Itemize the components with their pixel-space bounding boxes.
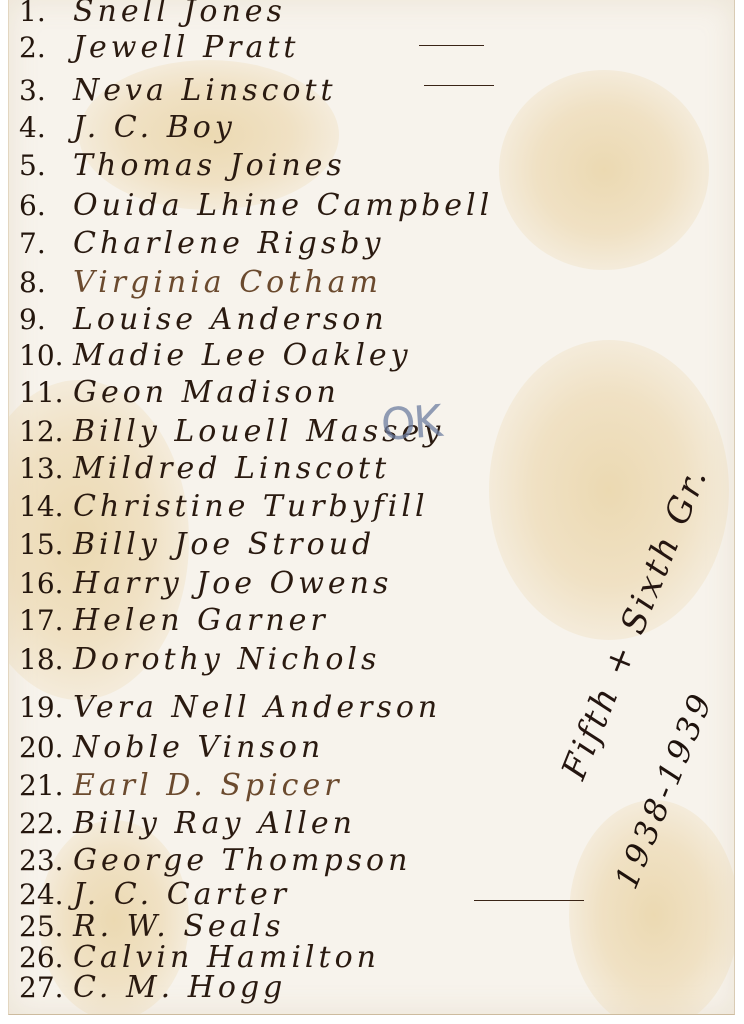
roster-entry: 1.Snell Jones bbox=[19, 0, 286, 30]
entry-name: Vera Nell Anderson bbox=[73, 690, 441, 726]
entry-number: 7. bbox=[19, 226, 73, 262]
roster-entry: 16.Harry Joe Owens bbox=[19, 566, 392, 602]
entry-number: 11. bbox=[19, 375, 73, 411]
entry-number: 13. bbox=[19, 451, 73, 487]
roster-entry: 7.Charlene Rigsby bbox=[19, 226, 384, 262]
pencil-ok-mark: OK bbox=[379, 396, 442, 451]
entry-number: 24. bbox=[19, 877, 73, 913]
entry-name: J. C. Carter bbox=[73, 877, 290, 913]
entry-name: Harry Joe Owens bbox=[73, 566, 392, 602]
entry-name: Geon Madison bbox=[73, 375, 340, 411]
entry-name: George Thompson bbox=[73, 843, 411, 879]
entry-number: 19. bbox=[19, 690, 73, 726]
roster-entry: 2.Jewell Pratt bbox=[19, 30, 299, 66]
roster-entry: 21.Earl D. Spicer bbox=[19, 768, 343, 804]
entry-name: Thomas Joines bbox=[73, 148, 346, 184]
roster-entry: 11.Geon Madison bbox=[19, 375, 340, 411]
entry-number: 23. bbox=[19, 843, 73, 879]
entry-number: 22. bbox=[19, 806, 73, 842]
entry-name: Snell Jones bbox=[73, 0, 286, 30]
entry-number: 18. bbox=[19, 642, 73, 678]
paper-sheet: 1.Snell Jones 2.Jewell Pratt 3.Neva Lins… bbox=[8, 0, 735, 1015]
roster-entry: 4.J. C. Boy bbox=[19, 110, 236, 146]
overline-rule bbox=[424, 85, 494, 86]
roster-entry: 8.Virginia Cotham bbox=[19, 265, 382, 301]
entry-name: Billy Joe Stroud bbox=[73, 527, 375, 563]
roster-entry: 15.Billy Joe Stroud bbox=[19, 527, 375, 563]
entry-name: Billy Ray Allen bbox=[73, 806, 356, 842]
entry-name: Madie Lee Oakley bbox=[73, 338, 412, 374]
entry-number: 9. bbox=[19, 302, 73, 338]
entry-name: Christine Turbyfill bbox=[73, 489, 429, 525]
entry-number: 27. bbox=[19, 970, 73, 1006]
entry-name: Dorothy Nichols bbox=[73, 642, 380, 678]
overline-rule bbox=[474, 900, 584, 901]
roster-entry: 13.Mildred Linscott bbox=[19, 451, 390, 487]
entry-number: 16. bbox=[19, 566, 73, 602]
entry-number: 17. bbox=[19, 603, 73, 639]
entry-name: Noble Vinson bbox=[73, 730, 324, 766]
entry-number: 2. bbox=[19, 30, 73, 66]
entry-number: 1. bbox=[19, 0, 73, 30]
entry-number: 20. bbox=[19, 730, 73, 766]
roster-entry: 9.Louise Anderson bbox=[19, 302, 388, 338]
roster-entry: 24.J. C. Carter bbox=[19, 877, 290, 913]
entry-name: Jewell Pratt bbox=[73, 30, 299, 66]
entry-number: 5. bbox=[19, 148, 73, 184]
entry-number: 4. bbox=[19, 110, 73, 146]
roster-entry: 22.Billy Ray Allen bbox=[19, 806, 356, 842]
roster-entry: 20.Noble Vinson bbox=[19, 730, 324, 766]
entry-name: Neva Linscott bbox=[73, 73, 337, 109]
stain-top-right bbox=[499, 70, 709, 270]
entry-number: 6. bbox=[19, 188, 73, 224]
entry-number: 12. bbox=[19, 414, 73, 450]
entry-name: Virginia Cotham bbox=[73, 265, 382, 301]
roster-entry: 3.Neva Linscott bbox=[19, 73, 337, 109]
roster-entry: 5.Thomas Joines bbox=[19, 148, 346, 184]
entry-name: Mildred Linscott bbox=[73, 451, 390, 487]
entry-number: 14. bbox=[19, 489, 73, 525]
entry-name: Charlene Rigsby bbox=[73, 226, 384, 262]
entry-number: 15. bbox=[19, 527, 73, 563]
entry-name: C. M. Hogg bbox=[73, 970, 286, 1006]
roster-entry: 19.Vera Nell Anderson bbox=[19, 690, 441, 726]
overline-rule bbox=[419, 45, 484, 46]
roster-entry: 18.Dorothy Nichols bbox=[19, 642, 380, 678]
roster-entry: 10.Madie Lee Oakley bbox=[19, 338, 412, 374]
entry-number: 3. bbox=[19, 73, 73, 109]
entry-number: 10. bbox=[19, 338, 73, 374]
entry-number: 8. bbox=[19, 265, 73, 301]
roster-entry: 23.George Thompson bbox=[19, 843, 411, 879]
roster-entry: 14.Christine Turbyfill bbox=[19, 489, 429, 525]
roster-entry: 6.Ouida Lhine Campbell bbox=[19, 188, 493, 224]
entry-name: Helen Garner bbox=[73, 603, 329, 639]
entry-name: Louise Anderson bbox=[73, 302, 388, 338]
roster-entry: 17.Helen Garner bbox=[19, 603, 329, 639]
roster-entry: 27.C. M. Hogg bbox=[19, 970, 286, 1006]
entry-number: 21. bbox=[19, 768, 73, 804]
entry-name: Ouida Lhine Campbell bbox=[73, 188, 493, 224]
entry-name: J. C. Boy bbox=[73, 110, 236, 146]
entry-name: Earl D. Spicer bbox=[73, 768, 343, 804]
scanned-page: 1.Snell Jones 2.Jewell Pratt 3.Neva Lins… bbox=[0, 0, 744, 1024]
